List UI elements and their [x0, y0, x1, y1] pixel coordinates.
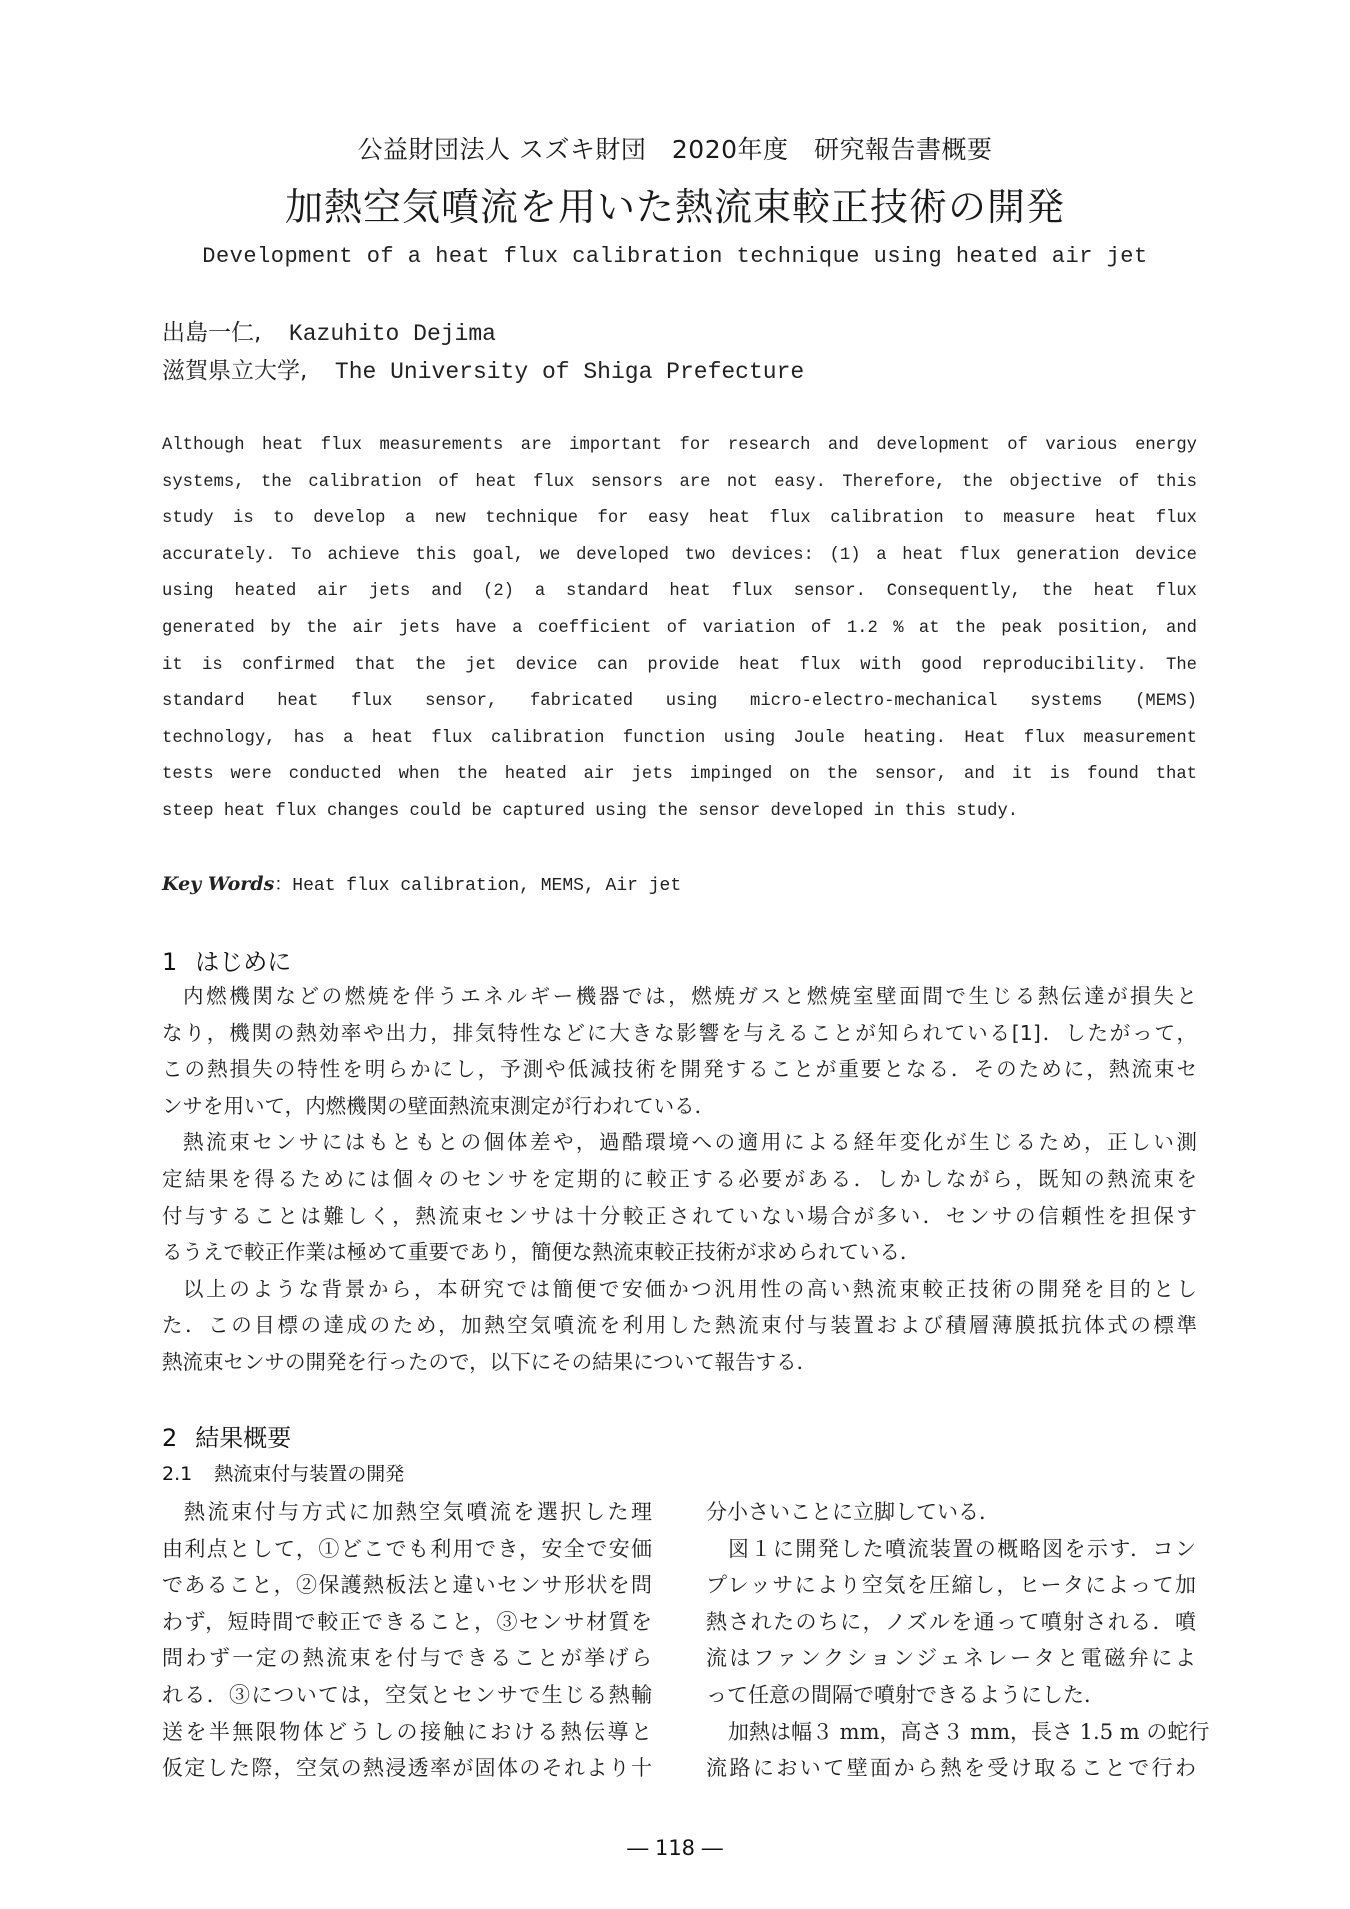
abstract: Although heat flux measurements are impo… — [162, 428, 1197, 831]
paragraph-line: 内燃機関などの燃焼を伴うエネルギー機器では，燃焼ガスと燃焼室壁面間で生じる熱伝達… — [162, 978, 1197, 1015]
section-title: 結果概要 — [195, 1424, 291, 1452]
column-line: 送を半無限物体どうしの接触における熱伝導と — [162, 1714, 652, 1751]
column-line: 流はファンクションジェネレータと電磁弁によ — [706, 1640, 1196, 1677]
paragraph-line: なり，機関の熱効率や出力，排気特性などに大きな影響を与えることが知られている[1… — [162, 1015, 1197, 1052]
abstract-line: steep heat flux changes could be capture… — [162, 794, 1197, 831]
column-line: であること，②保護熱板法と違いセンサ形状を問 — [162, 1567, 652, 1604]
author-line: 出島一仁, Kazuhito Dejima — [162, 314, 496, 347]
abstract-line: accurately. To achieve this goal, we dev… — [162, 538, 1197, 575]
page-title-ja: 加熱空気噴流を用いた熱流束較正技術の開発 — [0, 176, 1350, 231]
paper-page: 公益財団法人 スズキ財団 2020年度 研究報告書概要 加熱空気噴流を用いた熱流… — [0, 0, 1350, 1909]
column-line: れる．③については，空気とセンサで生じる熱輸 — [162, 1677, 652, 1714]
column-left: 熱流束付与方式に加熱空気噴流を選択した理 由利点として，①どこでも利用でき，安全… — [162, 1494, 652, 1787]
paragraph-line: 熱流束センサの開発を行ったので，以下にその結果について報告する． — [162, 1344, 1197, 1381]
abstract-line: systems, the calibration of heat flux se… — [162, 465, 1197, 502]
paragraph-line: た．この目標の達成のため，加熱空気噴流を利用した熱流束付与装置および積層薄膜抵抗… — [162, 1307, 1197, 1344]
keywords-separator: ： — [274, 876, 292, 896]
keywords-label: Key Words — [162, 873, 274, 895]
abstract-line: standard heat flux sensor, fabricated us… — [162, 684, 1197, 721]
column-line: 流路において壁面から熱を受け取ることで行わ — [706, 1750, 1196, 1787]
abstract-line: tests were conducted when the heated air… — [162, 757, 1197, 794]
paragraph-line: ンサを用いて，内燃機関の壁面熱流束測定が行われている． — [162, 1088, 1197, 1125]
affiliation-ja: 滋賀県立大学, — [162, 358, 307, 384]
column-right: 分小さいことに立脚している． 図１に開発した噴流装置の概略図を示す．コン プレッ… — [706, 1494, 1196, 1787]
abstract-line: technology, has a heat flux calibration … — [162, 721, 1197, 758]
paragraph-line: 定結果を得るためには個々のセンサを定期的に較正する必要がある．しかしながら，既知… — [162, 1161, 1197, 1198]
column-line: わず，短時間で較正できること，③センサ材質を — [162, 1604, 652, 1641]
section-title: はじめに — [195, 948, 291, 976]
keywords-value: Heat flux calibration, MEMS, Air jet — [292, 876, 681, 896]
paragraph-line: 熱流束センサにはもともとの個体差や，過酷環境への適用による経年変化が生じるため，… — [162, 1124, 1197, 1161]
subsection-number: 2.1 — [162, 1463, 192, 1485]
author-name-ja: 出島一仁, — [162, 320, 261, 346]
abstract-line: using heated air jets and (2) a standard… — [162, 574, 1197, 611]
abstract-line: it is confirmed that the jet device can … — [162, 648, 1197, 685]
author-name-en: Kazuhito Dejima — [289, 321, 496, 347]
section-heading-1: 1はじめに — [162, 942, 291, 977]
column-line: 図１に開発した噴流装置の概略図を示す．コン — [706, 1531, 1196, 1568]
paragraph-line: るうえで較正作業は極めて重要であり，簡便な熱流束較正技術が求められている． — [162, 1234, 1197, 1271]
section-number: 1 — [162, 948, 177, 976]
affiliation-en: The University of Shiga Prefecture — [335, 359, 804, 385]
column-line: 仮定した際，空気の熱浸透率が固体のそれより十 — [162, 1750, 652, 1787]
page-title-en: Development of a heat flux calibration t… — [0, 244, 1350, 269]
column-line: 熱されたのちに，ノズルを通って噴射される．噴 — [706, 1604, 1196, 1641]
subsection-title: 熱流束付与装置の開発 — [214, 1463, 404, 1485]
column-line: 加熱は幅３ mm，高さ３ mm，長さ 1.5 m の蛇行 — [706, 1714, 1196, 1751]
column-line: 由利点として，①どこでも利用でき，安全で安価 — [162, 1531, 652, 1568]
page-number: ― 118 ― — [0, 1836, 1350, 1860]
column-line: 熱流束付与方式に加熱空気噴流を選択した理 — [162, 1494, 652, 1531]
paragraph-line: 付与することは難しく，熱流束センサは十分較正されていない場合が多い．センサの信頼… — [162, 1198, 1197, 1235]
column-line: って任意の間隔で噴射できるようにした． — [706, 1677, 1196, 1714]
affiliation-line: 滋賀県立大学, The University of Shiga Prefectu… — [162, 352, 804, 385]
abstract-line: generated by the air jets have a coeffic… — [162, 611, 1197, 648]
abstract-line: study is to develop a new technique for … — [162, 501, 1197, 538]
section-number: 2 — [162, 1424, 177, 1452]
section-heading-2: 2結果概要 — [162, 1418, 291, 1453]
abstract-line: Although heat flux measurements are impo… — [162, 428, 1197, 465]
section-1-body: 内燃機関などの燃焼を伴うエネルギー機器では，燃焼ガスと燃焼室壁面間で生じる熱伝達… — [162, 978, 1197, 1381]
column-line: プレッサにより空気を圧縮し，ヒータによって加 — [706, 1567, 1196, 1604]
column-line: 問わず一定の熱流束を付与できることが挙げら — [162, 1640, 652, 1677]
subsection-heading-2-1: 2.1熱流束付与装置の開発 — [162, 1459, 404, 1486]
column-line: 分小さいことに立脚している． — [706, 1494, 1196, 1531]
report-label: 公益財団法人 スズキ財団 2020年度 研究報告書概要 — [0, 130, 1350, 166]
paragraph-line: この熱損失の特性を明らかにし，予測や低減技術を開発することが重要となる．そのため… — [162, 1051, 1197, 1088]
paragraph-line: 以上のような背景から，本研究では簡便で安価かつ汎用性の高い熱流束較正技術の開発を… — [162, 1271, 1197, 1308]
keywords: Key Words：Heat flux calibration, MEMS, A… — [162, 870, 681, 896]
